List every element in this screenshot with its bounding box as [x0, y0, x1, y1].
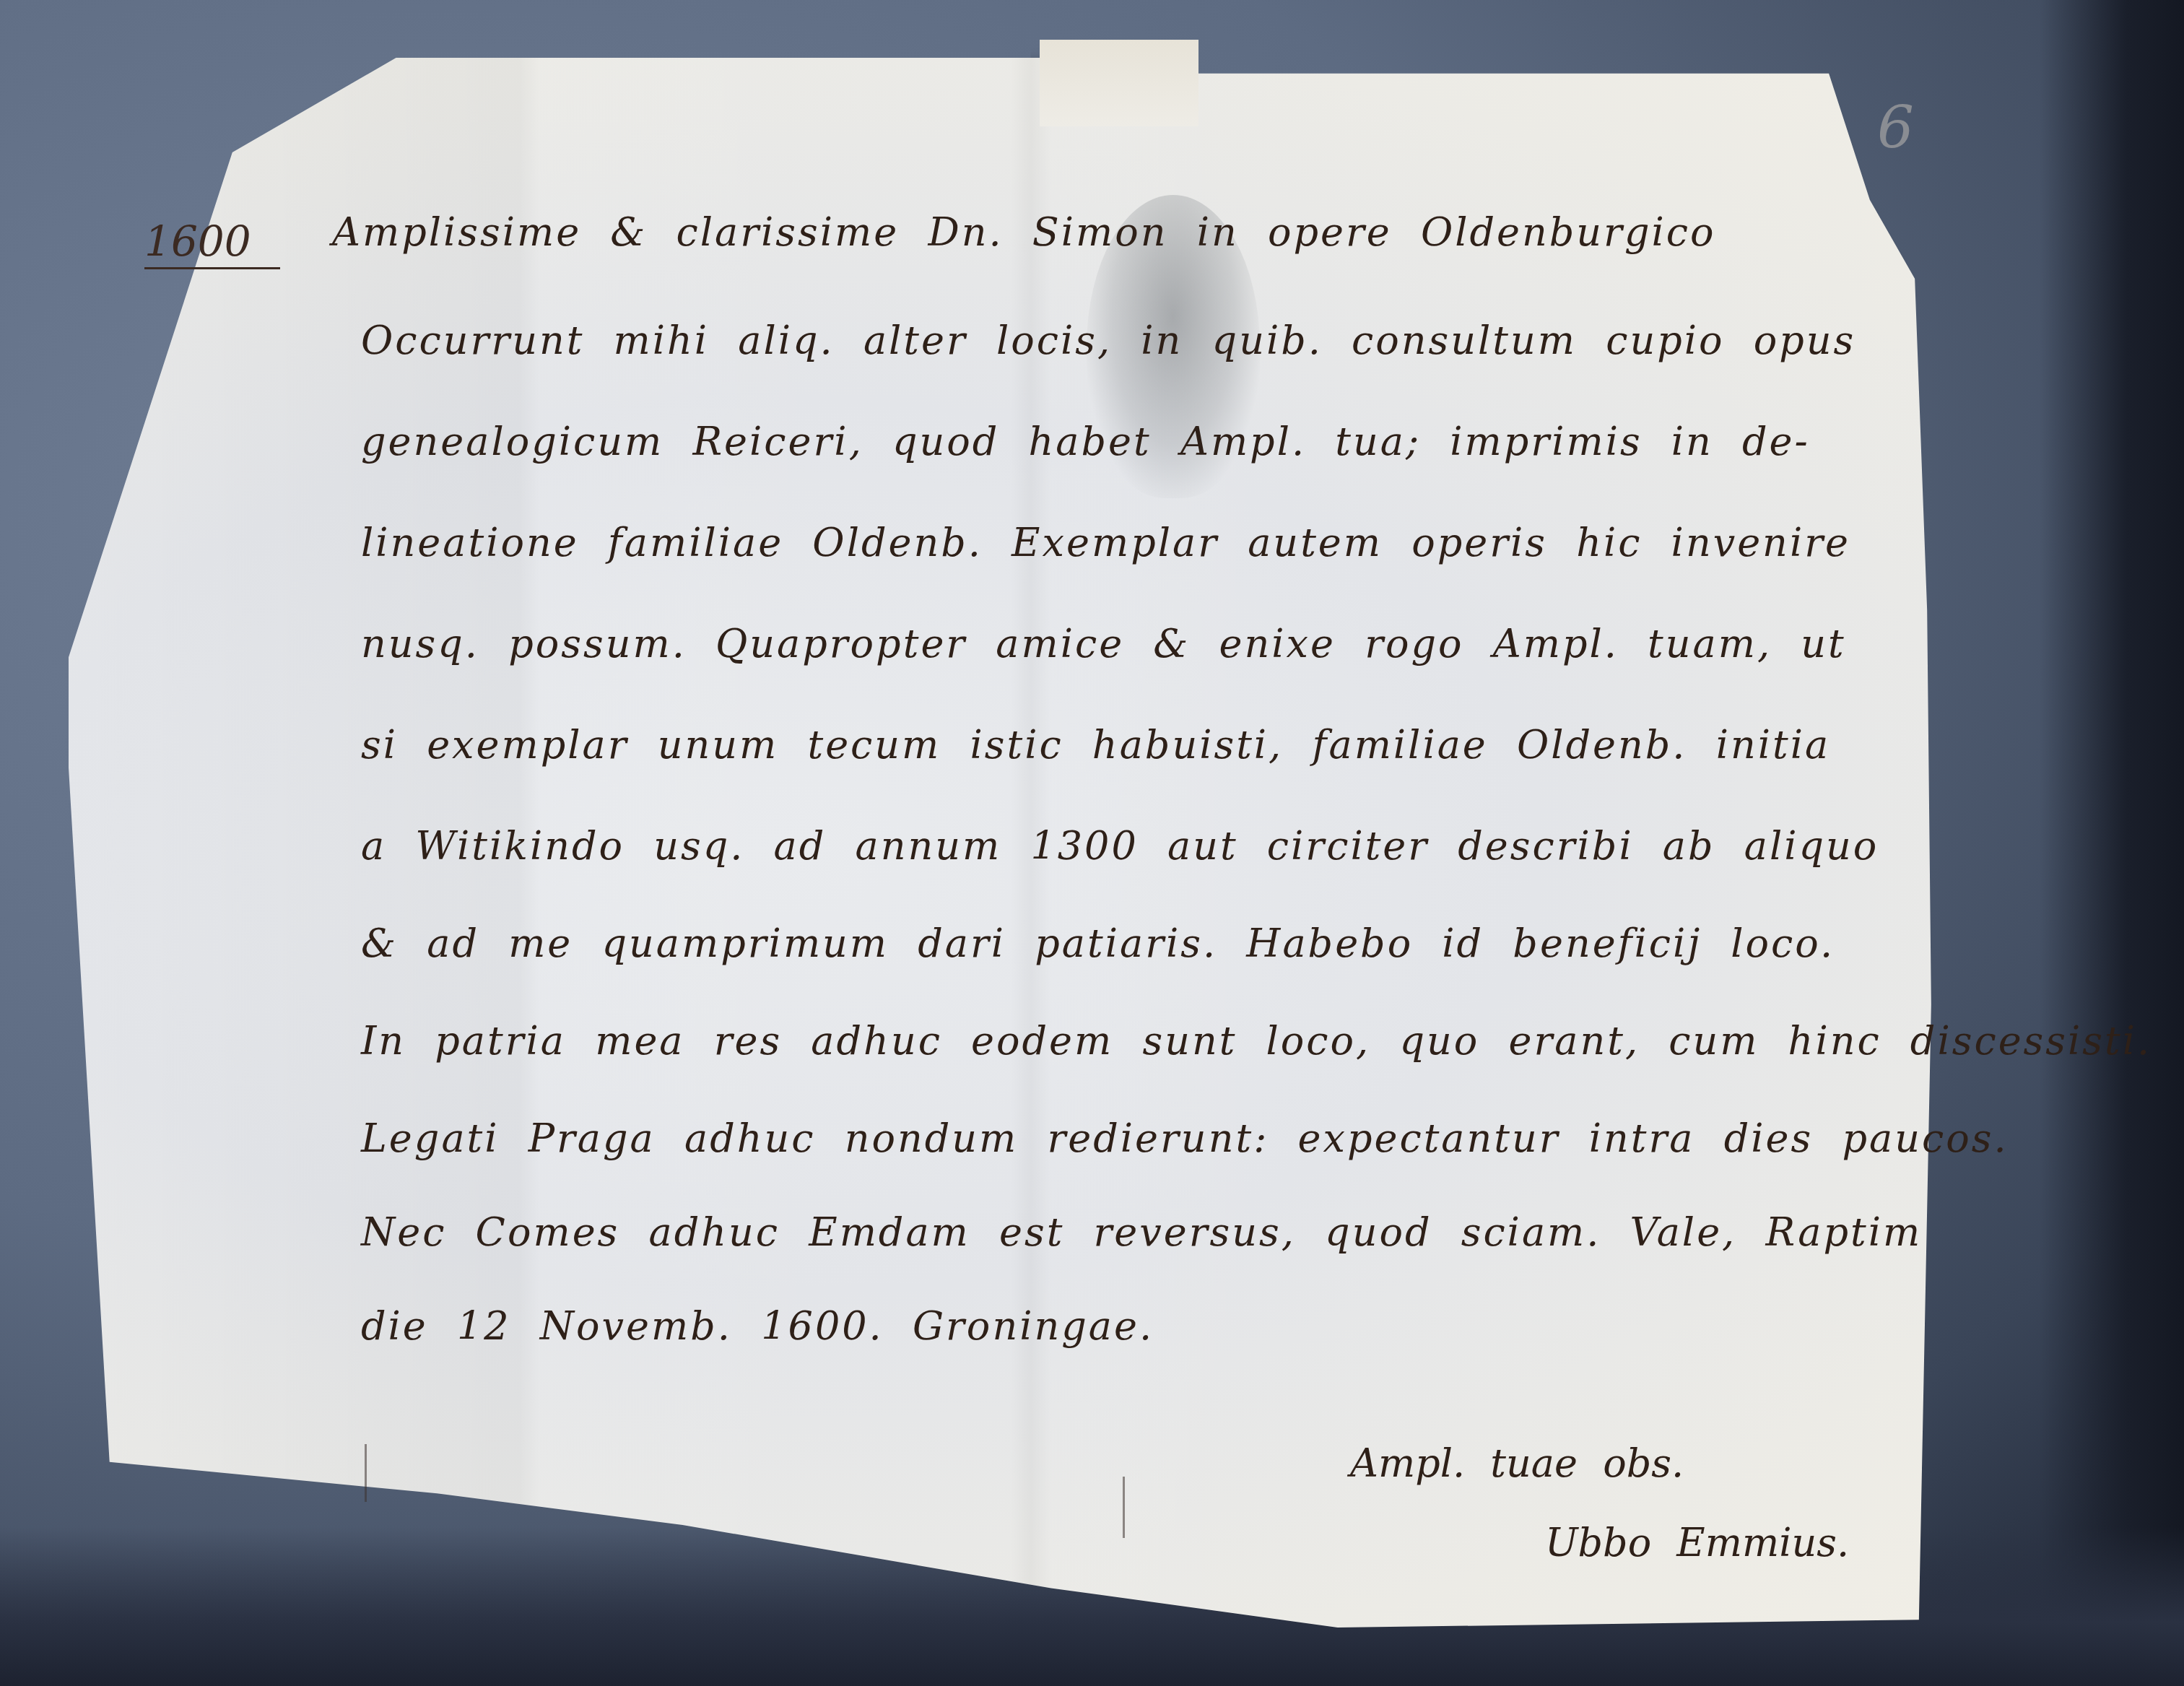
letter-line: lineatione familiae Oldenb. Exemplar aut… [361, 520, 1850, 565]
letter-date-line: die 12 Novemb. 1600. Groningae. [361, 1303, 1154, 1349]
letter-line: In patria mea res adhuc eodem sunt loco,… [361, 1018, 2152, 1064]
ink-mark [365, 1444, 367, 1502]
letter-line: Occurrunt mihi aliq. alter locis, in qui… [361, 318, 1855, 363]
signature: Ubbo Emmius. [1545, 1520, 1849, 1565]
letter-line: a Witikindo usq. ad annum 1300 aut circi… [361, 823, 1879, 869]
letter-line: Nec Comes adhuc Emdam est reversus, quod… [361, 1209, 1922, 1255]
margin-year: 1600 [144, 217, 280, 269]
letter-line: si exemplar unum tecum istic habuisti, f… [361, 722, 1830, 768]
folio-number: 6 [1877, 94, 1914, 161]
paper-repair-strip [1040, 40, 1198, 126]
letter-line: genealogicum Reiceri, quod habet Ampl. t… [361, 419, 1810, 464]
letter-line: nusq. possum. Quapropter amice & enixe r… [361, 621, 1846, 666]
letter-line: & ad me quamprimum dari patiaris. Habebo… [361, 921, 1835, 966]
background-dark-edge [2040, 0, 2184, 1686]
closing-salutation: Ampl. tuae obs. [1350, 1441, 1684, 1486]
letter-line: Legati Praga adhuc nondum redierunt: exp… [361, 1116, 2009, 1161]
ink-mark [1123, 1477, 1125, 1538]
letter-line: Amplissime & clarissime Dn. Simon in ope… [332, 209, 1715, 255]
